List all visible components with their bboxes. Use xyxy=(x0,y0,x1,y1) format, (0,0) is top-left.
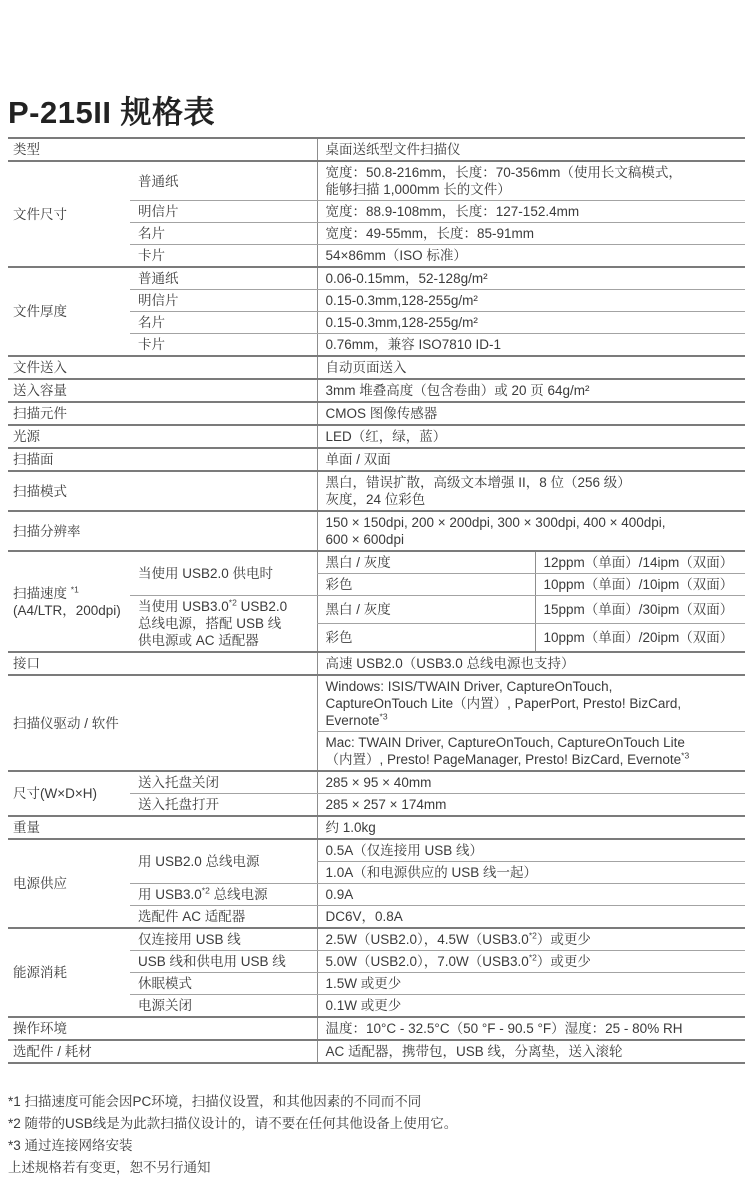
speed-footnote-ref: *1 xyxy=(71,584,79,594)
footnote-3: *3 通过连接网络安装 xyxy=(8,1135,745,1157)
dims-sub-closed: 送入托盘关闭 xyxy=(130,771,317,794)
energy-usb-only-text2: ）或更少 xyxy=(537,932,591,947)
light-source-value: LED（红，绿，蓝） xyxy=(317,425,745,448)
capacity-value: 3mm 堆叠高度（包含卷曲）或 20 页 64g/m² xyxy=(317,379,745,402)
speed-cond-usb3: 当使用 USB3.0*2 USB2.0 总线电源，搭配 USB 线 供电源或 A… xyxy=(130,596,317,653)
energy-usb-power-text2: ）或更少 xyxy=(537,954,591,969)
speed-usb3-color-mode: 彩色 xyxy=(317,624,535,653)
power-usb3-value: 0.9A xyxy=(317,884,745,906)
speed-label-line2: (A4/LTR，200dpi) xyxy=(13,602,124,619)
page-title: P-215II 规格表 xyxy=(8,96,745,130)
spec-page: P-215II 规格表 类型 桌面送纸型文件扫描仪 文件尺寸 普通纸 宽度：50… xyxy=(0,96,750,1179)
doc-size-value-bizcard: 宽度：49-55mm，长度：85-91mm xyxy=(317,223,745,245)
power-usb3-sub: 用 USB3.0*2 总线电源 xyxy=(130,884,317,906)
type-value: 桌面送纸型文件扫描仪 xyxy=(317,138,745,161)
energy-usb-only-text1: 2.5W（USB2.0），4.5W（USB3.0 xyxy=(326,932,529,947)
row-interface: 接口 高速 USB2.0（USB3.0 总线电源也支持） xyxy=(8,652,745,675)
footnote-disclaimer: 上述规格若有变更，恕不另行通知 xyxy=(8,1157,745,1179)
row-type: 类型 桌面送纸型文件扫描仪 xyxy=(8,138,745,161)
scan-sides-label: 扫描面 xyxy=(8,448,317,471)
row-weight: 重量 约 1.0kg xyxy=(8,816,745,839)
row-power-usb2-a: 电源供应 用 USB2.0 总线电源 0.5A（仅连接用 USB 线） xyxy=(8,839,745,862)
interface-value: 高速 USB2.0（USB3.0 总线电源也支持） xyxy=(317,652,745,675)
speed-label: 扫描速度 *1 (A4/LTR，200dpi) xyxy=(8,551,130,652)
energy-value-usb-only: 2.5W（USB2.0），4.5W（USB3.0*2）或更少 xyxy=(317,928,745,951)
energy-usb-power-footnote-ref: *2 xyxy=(529,953,537,963)
spec-table: 类型 桌面送纸型文件扫描仪 文件尺寸 普通纸 宽度：50.8-216mm，长度：… xyxy=(8,137,745,1064)
thickness-value-plain: 0.06-0.15mm，52-128g/m² xyxy=(317,267,745,290)
row-scan-mode: 扫描模式 黑白，错误扩散，高级文本增强 II，8 位（256 级） 灰度，24 … xyxy=(8,471,745,511)
energy-value-sleep: 1.5W 或更少 xyxy=(317,973,745,995)
energy-value-off: 0.1W 或更少 xyxy=(317,995,745,1018)
doc-size-sub-card: 卡片 xyxy=(130,245,317,268)
driver-windows-footnote-ref: *3 xyxy=(380,712,388,722)
dims-value-closed: 285 × 95 × 40mm xyxy=(317,771,745,794)
row-energy-usb-only: 能源消耗 仅连接用 USB 线 2.5W（USB2.0），4.5W（USB3.0… xyxy=(8,928,745,951)
power-usb2-value-1: 0.5A（仅连接用 USB 线） xyxy=(317,839,745,862)
row-sensor: 扫描元件 CMOS 图像传感器 xyxy=(8,402,745,425)
speed-usb2-bw-mode: 黑白 / 灰度 xyxy=(317,551,535,574)
driver-mac-value: Mac: TWAIN Driver, CaptureOnTouch, Captu… xyxy=(317,732,745,772)
footnote-2: *2 随带的USB线是为此款扫描仪设计的，请不要在任何其他设备上使用它。 xyxy=(8,1113,745,1135)
scan-mode-value: 黑白，错误扩散，高级文本增强 II，8 位（256 级） 灰度，24 位彩色 xyxy=(317,471,745,511)
row-dims-closed: 尺寸(W×D×H) 送入托盘关闭 285 × 95 × 40mm xyxy=(8,771,745,794)
doc-size-sub-plain: 普通纸 xyxy=(130,161,317,201)
energy-label: 能源消耗 xyxy=(8,928,130,1017)
power-ac-value: DC6V，0.8A xyxy=(317,906,745,929)
doc-size-sub-bizcard: 名片 xyxy=(130,223,317,245)
environment-label: 操作环境 xyxy=(8,1017,317,1040)
doc-size-label: 文件尺寸 xyxy=(8,161,130,267)
speed-label-line1: 扫描速度 *1 xyxy=(13,585,124,602)
speed-label-text: 扫描速度 xyxy=(13,586,71,601)
row-speed-usb2-bw: 扫描速度 *1 (A4/LTR，200dpi) 当使用 USB2.0 供电时 黑… xyxy=(8,551,745,574)
sensor-value: CMOS 图像传感器 xyxy=(317,402,745,425)
power-usb2-value-2: 1.0A（和电源供应的 USB 线一起） xyxy=(317,862,745,884)
speed-usb2-color-mode: 彩色 xyxy=(317,574,535,596)
doc-size-value-plain: 宽度：50.8-216mm，长度：70-356mm（使用长文稿模式， 能够扫描 … xyxy=(317,161,745,201)
energy-sub-usb-power: USB 线和供电用 USB 线 xyxy=(130,951,317,973)
driver-windows-value: Windows: ISIS/TWAIN Driver, CaptureOnTou… xyxy=(317,675,745,732)
energy-value-usb-power: 5.0W（USB2.0），7.0W（USB3.0*2）或更少 xyxy=(317,951,745,973)
power-ac-sub: 选配件 AC 适配器 xyxy=(130,906,317,929)
thickness-value-card: 0.76mm，兼容 ISO7810 ID-1 xyxy=(317,334,745,357)
options-value: AC 适配器，携带包，USB 线，分离垫，送入滚轮 xyxy=(317,1040,745,1063)
speed-cond-usb3-text1: 当使用 USB3.0 xyxy=(138,599,229,614)
speed-cond-usb2: 当使用 USB2.0 供电时 xyxy=(130,551,317,596)
capacity-label: 送入容量 xyxy=(8,379,317,402)
row-doc-size-plain: 文件尺寸 普通纸 宽度：50.8-216mm，长度：70-356mm（使用长文稿… xyxy=(8,161,745,201)
row-light-source: 光源 LED（红，绿，蓝） xyxy=(8,425,745,448)
thickness-value-bizcard: 0.15-0.3mm,128-255g/m² xyxy=(317,312,745,334)
thickness-sub-postcard: 明信片 xyxy=(130,290,317,312)
environment-value: 温度：10°C - 32.5°C（50 °F - 90.5 °F）湿度：25 -… xyxy=(317,1017,745,1040)
speed-usb2-color-value: 10ppm（单面）/10ipm（双面） xyxy=(535,574,745,596)
row-thickness-plain: 文件厚度 普通纸 0.06-0.15mm，52-128g/m² xyxy=(8,267,745,290)
speed-usb3-bw-value: 15ppm（单面）/30ipm（双面） xyxy=(535,596,745,624)
thickness-sub-card: 卡片 xyxy=(130,334,317,357)
weight-label: 重量 xyxy=(8,816,317,839)
speed-cond-usb3-footnote-ref: *2 xyxy=(229,598,237,608)
options-label: 选配件 / 耗材 xyxy=(8,1040,317,1063)
energy-usb-only-footnote-ref: *2 xyxy=(529,931,537,941)
driver-mac-footnote-ref: *3 xyxy=(681,751,689,761)
row-driver-windows: 扫描仪驱动 / 软件 Windows: ISIS/TWAIN Driver, C… xyxy=(8,675,745,732)
footnotes: *1 扫描速度可能会因PC环境，扫描仪设置，和其他因素的不同而不同 *2 随带的… xyxy=(8,1091,745,1179)
light-source-label: 光源 xyxy=(8,425,317,448)
thickness-label: 文件厚度 xyxy=(8,267,130,356)
row-scan-sides: 扫描面 单面 / 双面 xyxy=(8,448,745,471)
resolution-label: 扫描分辨率 xyxy=(8,511,317,551)
energy-sub-off: 电源关闭 xyxy=(130,995,317,1018)
dims-sub-open: 送入托盘打开 xyxy=(130,794,317,817)
power-usb3-footnote-ref: *2 xyxy=(202,886,210,896)
type-label: 类型 xyxy=(8,138,317,161)
row-options: 选配件 / 耗材 AC 适配器，携带包，USB 线，分离垫，送入滚轮 xyxy=(8,1040,745,1063)
feeding-label: 文件送入 xyxy=(8,356,317,379)
speed-usb3-color-value: 10ppm（单面）/20ipm（双面） xyxy=(535,624,745,653)
row-capacity: 送入容量 3mm 堆叠高度（包含卷曲）或 20 页 64g/m² xyxy=(8,379,745,402)
driver-mac-text: Mac: TWAIN Driver, CaptureOnTouch, Captu… xyxy=(326,735,685,767)
power-usb3-text1: 用 USB3.0 xyxy=(138,887,202,902)
power-usb2-sub: 用 USB2.0 总线电源 xyxy=(130,839,317,884)
footnote-1: *1 扫描速度可能会因PC环境，扫描仪设置，和其他因素的不同而不同 xyxy=(8,1091,745,1113)
row-feeding: 文件送入 自动页面送入 xyxy=(8,356,745,379)
doc-size-sub-postcard: 明信片 xyxy=(130,201,317,223)
speed-usb2-bw-value: 12ppm（单面）/14ipm（双面） xyxy=(535,551,745,574)
feeding-value: 自动页面送入 xyxy=(317,356,745,379)
thickness-sub-bizcard: 名片 xyxy=(130,312,317,334)
interface-label: 接口 xyxy=(8,652,317,675)
scan-sides-value: 单面 / 双面 xyxy=(317,448,745,471)
doc-size-value-postcard: 宽度：88.9-108mm，长度：127-152.4mm xyxy=(317,201,745,223)
resolution-value: 150 × 150dpi, 200 × 200dpi, 300 × 300dpi… xyxy=(317,511,745,551)
thickness-sub-plain: 普通纸 xyxy=(130,267,317,290)
dims-label: 尺寸(W×D×H) xyxy=(8,771,130,816)
power-label: 电源供应 xyxy=(8,839,130,928)
sensor-label: 扫描元件 xyxy=(8,402,317,425)
energy-sub-usb-only: 仅连接用 USB 线 xyxy=(130,928,317,951)
energy-usb-power-text1: 5.0W（USB2.0），7.0W（USB3.0 xyxy=(326,954,529,969)
thickness-value-postcard: 0.15-0.3mm,128-255g/m² xyxy=(317,290,745,312)
row-resolution: 扫描分辨率 150 × 150dpi, 200 × 200dpi, 300 × … xyxy=(8,511,745,551)
row-environment: 操作环境 温度：10°C - 32.5°C（50 °F - 90.5 °F）湿度… xyxy=(8,1017,745,1040)
weight-value: 约 1.0kg xyxy=(317,816,745,839)
power-usb3-text2: 总线电源 xyxy=(210,887,268,902)
scan-mode-label: 扫描模式 xyxy=(8,471,317,511)
driver-label: 扫描仪驱动 / 软件 xyxy=(8,675,317,771)
energy-sub-sleep: 休眠模式 xyxy=(130,973,317,995)
dims-value-open: 285 × 257 × 174mm xyxy=(317,794,745,817)
speed-usb3-bw-mode: 黑白 / 灰度 xyxy=(317,596,535,624)
doc-size-value-card: 54×86mm（ISO 标准） xyxy=(317,245,745,268)
